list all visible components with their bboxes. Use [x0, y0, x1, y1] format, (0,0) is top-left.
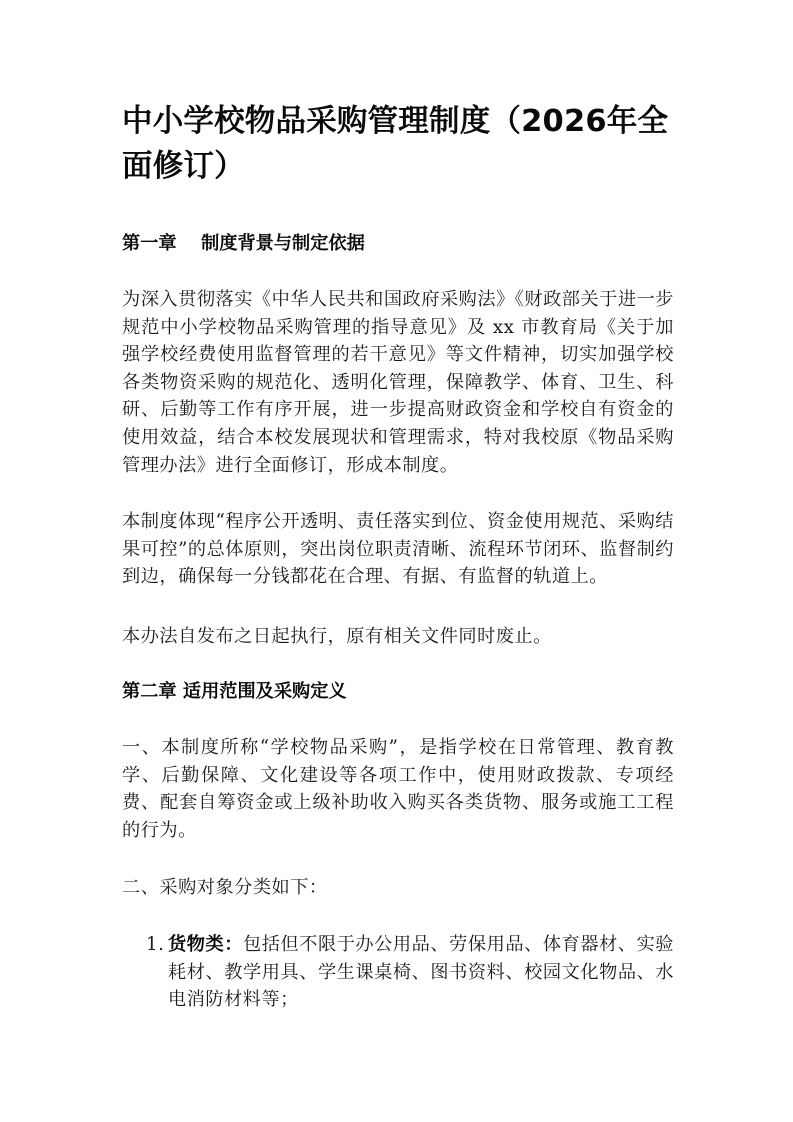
document-title: 中小学校物品采购管理制度（2026年全面修订） — [122, 99, 674, 189]
list-item-number: 1. — [146, 931, 164, 959]
chapter-1-heading: 第一章 制度背景与制定依据 — [122, 230, 365, 258]
chapter-1-paragraph-3: 本办法自发布之日起执行，原有相关文件同时废止。 — [122, 623, 674, 651]
chapter-1-paragraph-2: 本制度体现“程序公开透明、责任落实到位、资金使用规范、采购结果可控”的总体原则，… — [122, 508, 674, 591]
list-item-text: 包括但不限于办公用品、劳保用品、体育器材、实验耗材、教学用具、学生课桌椅、图书资… — [168, 934, 674, 1010]
list-item-term: 货物类 — [168, 934, 224, 955]
list-item-colon: ： — [224, 934, 243, 955]
chapter-2-paragraph-1: 一、本制度所称“学校物品采购”，是指学校在日常管理、教育教学、后勤保障、文化建设… — [122, 734, 674, 844]
chapter-2-heading: 第二章 适用范围及采购定义 — [122, 678, 347, 706]
procurement-category-list: 1.货物类：包括但不限于办公用品、劳保用品、体育器材、实验耗材、教学用具、学生课… — [122, 931, 674, 1014]
chapter-1-paragraph-1: 为深入贯彻落实《中华人民共和国政府采购法》《财政部关于进一步规范中小学校物品采购… — [122, 286, 674, 479]
list-item-goods: 1.货物类：包括但不限于办公用品、劳保用品、体育器材、实验耗材、教学用具、学生课… — [122, 931, 674, 1014]
chapter-2-paragraph-2: 二、采购对象分类如下： — [122, 874, 674, 902]
